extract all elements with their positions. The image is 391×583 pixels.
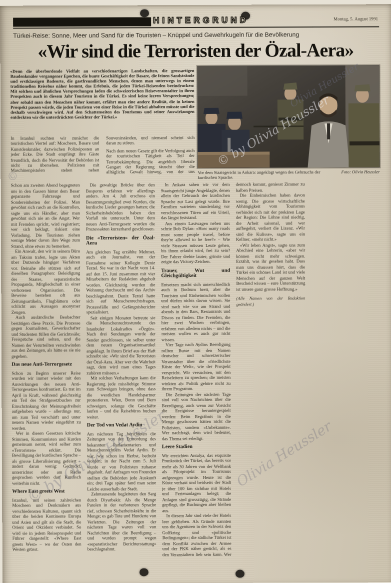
- body-paragraph: Auch ausländische Beobachter bestätigen …: [11, 315, 80, 359]
- column-subheading: Where East greets West: [12, 490, 81, 496]
- photo-credit: Foto: Olivia Heussler: [341, 169, 380, 179]
- masthead-rule: [13, 26, 379, 29]
- body-paragraph: Wer in diesen Gesetzen kritische Stimmen…: [12, 431, 81, 486]
- court-photo: [197, 65, 379, 168]
- body-paragraph: Mit solchen Verhaftungen kann die Regier…: [87, 375, 156, 419]
- column-subheading: Die «Terroristen» der Özal-Aera: [86, 236, 155, 247]
- body-paragraph: Schon zu Beginn unserer Reise wurden wir…: [12, 370, 81, 431]
- column-subheading: Trauer, Wut und Gleichgültigkeit: [161, 268, 230, 279]
- body-paragraph: Zehntausende begleiteten den Sarg durch …: [87, 491, 156, 552]
- article-body-columns: Schon am zweiten Abend begegneten uns in…: [11, 181, 382, 563]
- intro-columns: In Istanbul suchten wir zunächst die tou…: [11, 135, 195, 183]
- body-paragraph: Am nächsten Tag berichteten die Zeitunge…: [87, 431, 156, 492]
- body-paragraph: Aus einem Lastwagen neben uns schrie Bob…: [161, 220, 230, 264]
- hole-punch: [139, 568, 148, 576]
- body-paragraph: Schon am zweiten Abend begegneten uns in…: [11, 183, 80, 249]
- hole-punch: [140, 9, 149, 17]
- photo-caption: Vor dem Staatsgericht in Ankara: angekla…: [198, 169, 335, 180]
- column-subheading: Der Tod von Vedat Aydin: [87, 423, 156, 429]
- body-paragraph: Am gleichen Tag erzählte Mehmet, auch ei…: [86, 249, 155, 315]
- section-header-bar: [13, 17, 151, 27]
- paper-sheet: HINTERGRUND Montag, 5. August 1991 Türke…: [0, 4, 391, 583]
- column-subheading: Leere Stadien: [162, 445, 231, 451]
- body-paragraph: «Wir leben Angst», sagte uns zum Abschie…: [236, 242, 305, 292]
- photo-caption-row: Vor dem Staatsgericht in Ankara: angekla…: [198, 169, 380, 180]
- article-headline: «Wir sind die Terroristen der Özal-Aera»: [5, 40, 386, 64]
- body-paragraph: Die Zeitungen der nächsten Tage sind vol…: [162, 392, 231, 442]
- column-subheading: Das neue Anti-Terrorgesetz: [12, 363, 81, 369]
- body-paragraph: In Ankara sahen wir vor dem Staatsgerich…: [161, 182, 230, 221]
- section-title: HINTERGRUND: [153, 15, 249, 25]
- body-paragraph: Vier Tage nach Aydins Beerdigung rollten…: [161, 342, 230, 392]
- body-paragraph: Seit einigen Monaten betreute sie die Me…: [86, 315, 155, 376]
- scanned-newspaper-page: HINTERGRUND Montag, 5. August 1991 Türke…: [0, 0, 391, 583]
- body-paragraph: Entsetzen macht sich unterschiedlich auc…: [161, 282, 230, 343]
- body-paragraph: Die gewaltige Brücke über den Bosporus e…: [86, 182, 155, 232]
- body-paragraph: Die Einheimischen haben davon wenig. Die…: [236, 193, 305, 243]
- kicker-line: Türkei-Reise: Sonne, Meer und Sand für d…: [13, 31, 373, 40]
- editorial-footnote: (Alle Namen von der Redaktion geändert.): [236, 296, 305, 307]
- body-paragraph: Ein Anwalt, den wir in seinem Büro am Ta…: [11, 249, 80, 315]
- body-paragraph: Istanbul, mit seinen zahlreichen Moschee…: [12, 497, 81, 552]
- body-paragraph: Wir erreichten Antalya, das exquisite Pr…: [162, 453, 231, 514]
- court-photo-illustration: [197, 65, 379, 168]
- issue-date: Montag, 5. August 1991: [308, 16, 378, 21]
- lead-paragraph: «Denn die überbordende Vielfalt an versc…: [10, 68, 194, 133]
- hole-punch: [235, 570, 244, 578]
